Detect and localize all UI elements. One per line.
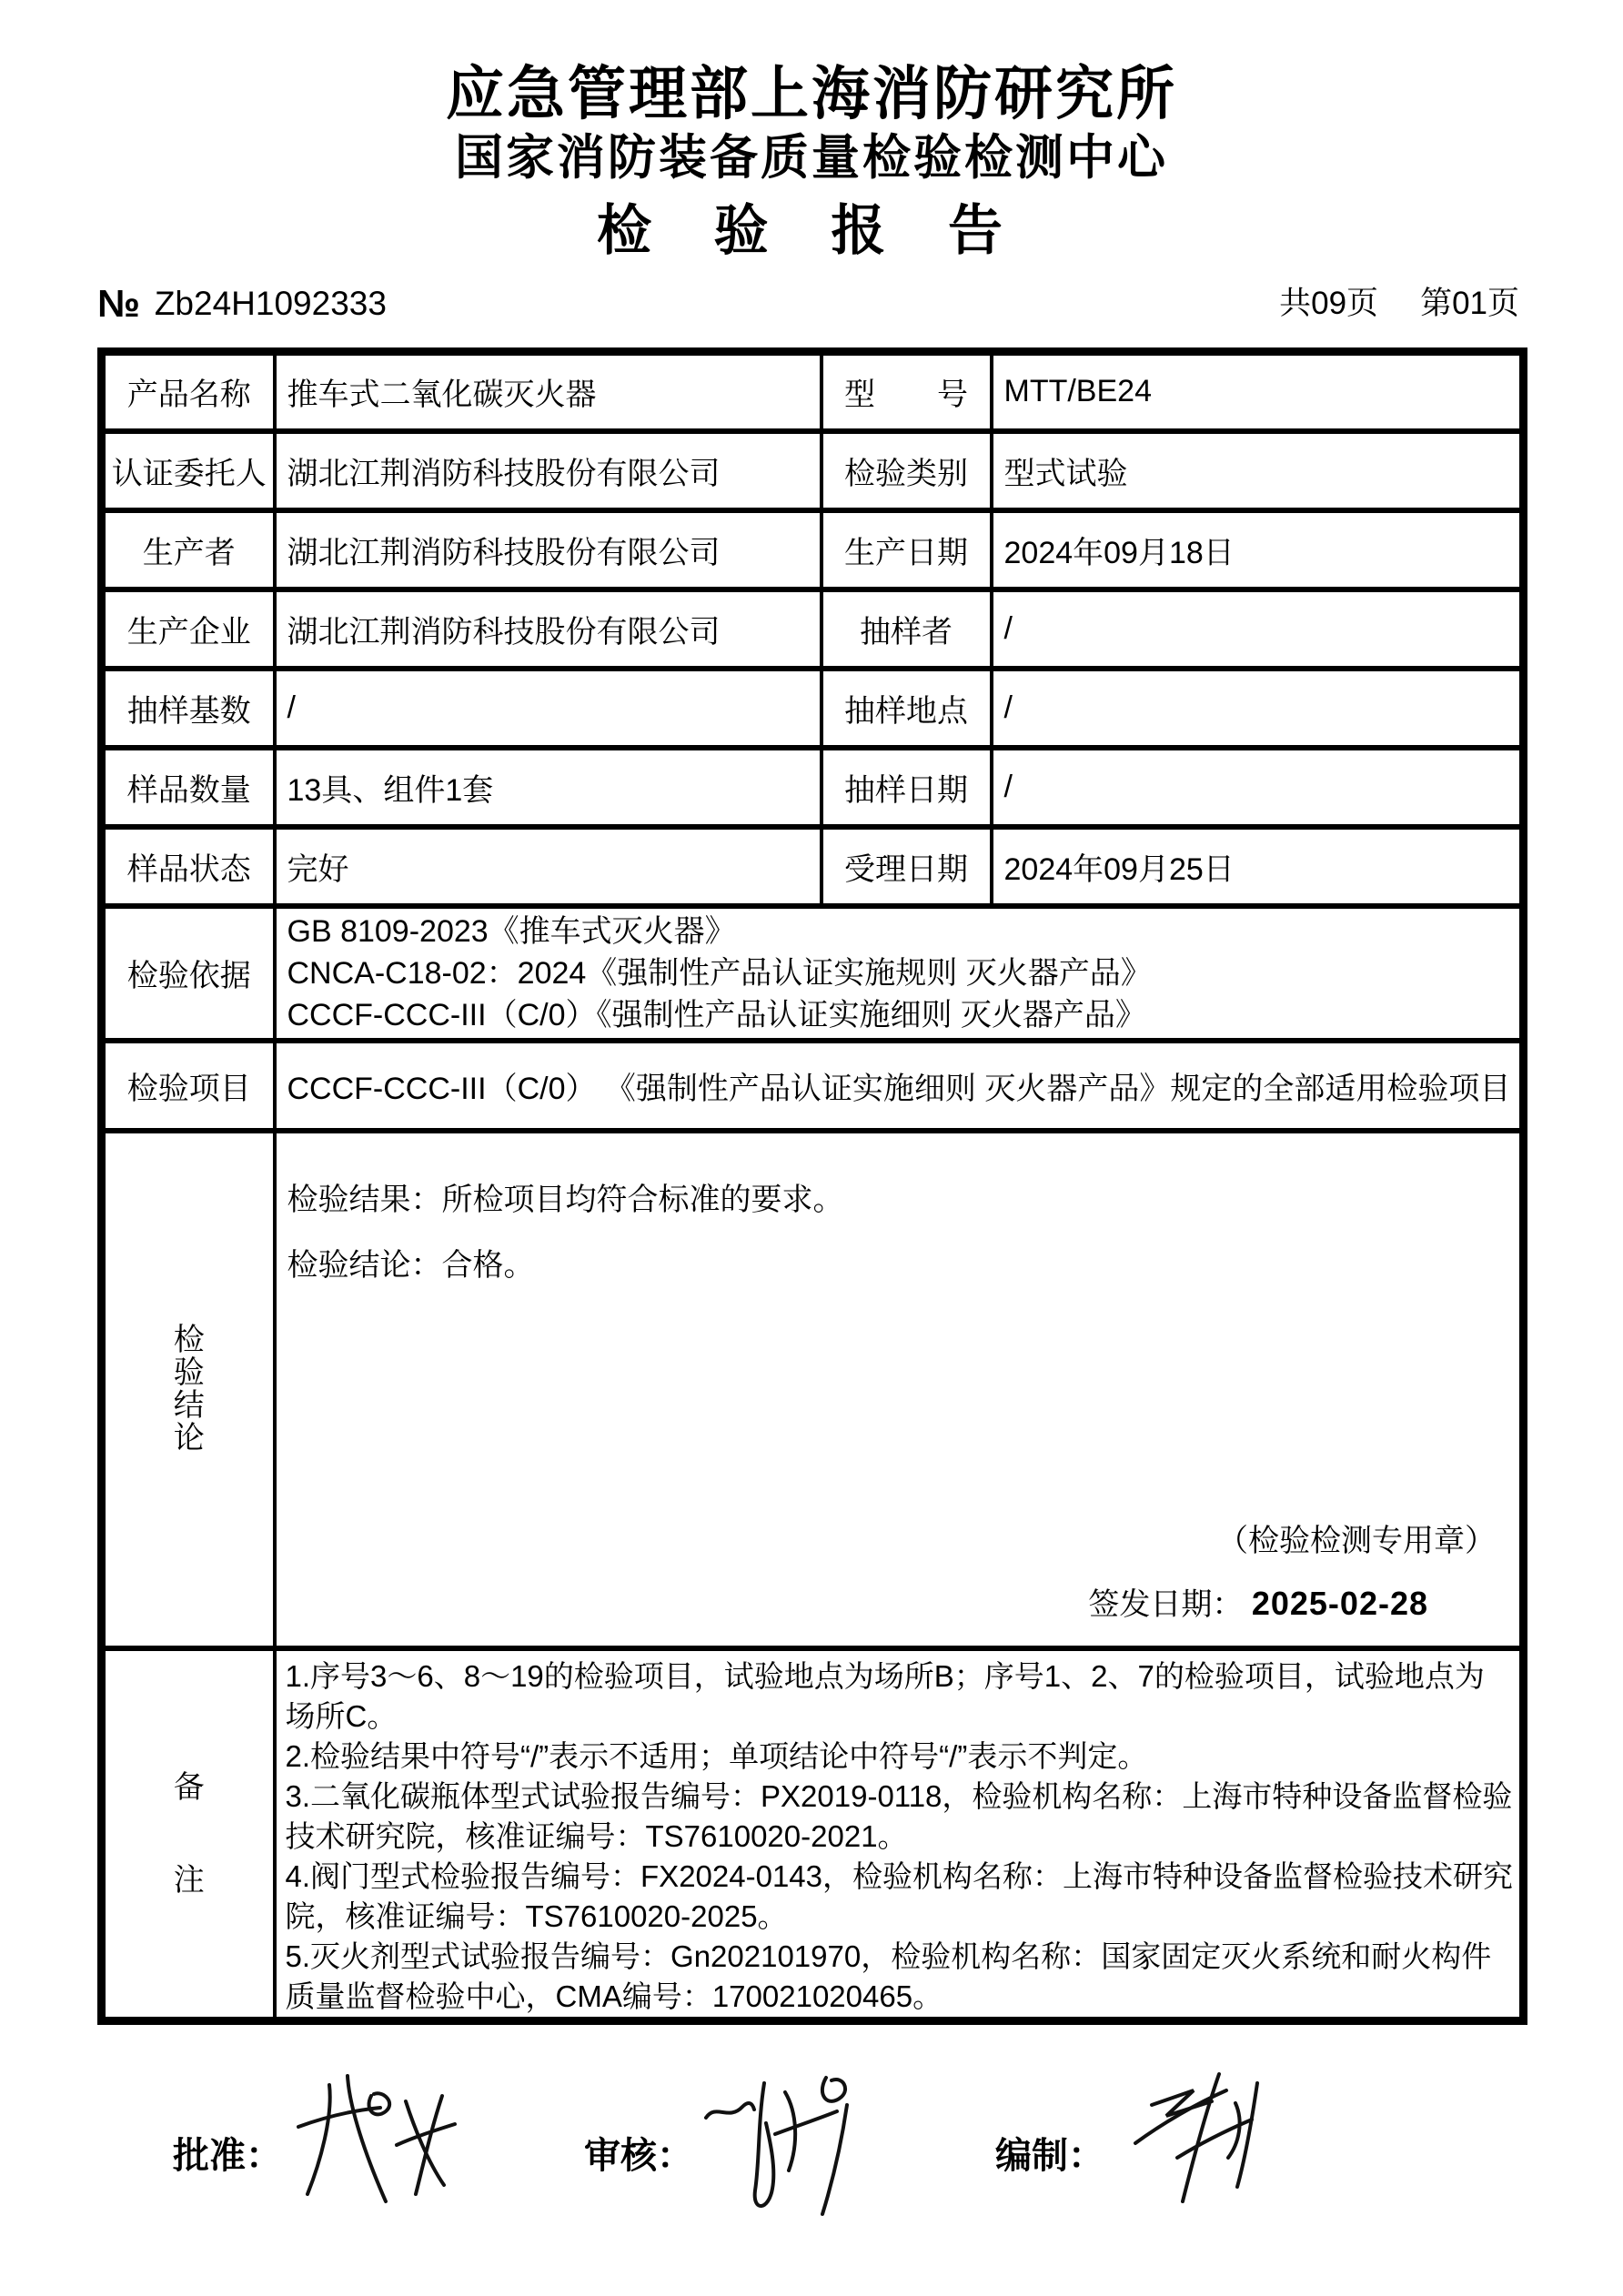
basis-line: CNCA-C18-02：2024《强制性产品认证实施规则 灭火器产品》 [287, 952, 1513, 994]
issue-date-line: 签发日期： 2025-02-28 [1088, 1583, 1519, 1626]
signature-footer: 批准： 审核： [173, 2058, 1623, 2249]
field-value-sampling-place: / [992, 669, 1524, 748]
conclusion-content: 检验结果：所检项目均符合标准的要求。 检验结论：合格。 （检验检测专用章） 签发… [275, 1131, 1524, 1648]
field-label-producer: 生产者 [102, 510, 275, 589]
field-value-applicant: 湖北江荆消防科技股份有限公司 [275, 431, 822, 510]
table-row: 样品状态 完好 受理日期 2024年09月25日 [102, 827, 1524, 906]
page-count-group: 共09页 第01页 [1279, 284, 1519, 324]
report-number-group: № Zb24H1092333 [97, 284, 387, 324]
inspection-basis-row: 检验依据 GB 8109-2023《推车式灭火器》 CNCA-C18-02：20… [102, 906, 1524, 1041]
field-label-applicant: 认证委托人 [102, 431, 275, 510]
remark-item: 3.二氧化碳瓶体型式试验报告编号：PX2019-0118，检验机构名称：上海市特… [286, 1777, 1515, 1857]
field-value-test-category: 型式试验 [992, 431, 1524, 510]
review-label: 审核： [584, 2127, 693, 2179]
field-value-acceptance-date: 2024年09月25日 [992, 827, 1524, 906]
org-name-line1: 应急管理部上海消防研究所 [0, 60, 1623, 127]
table-row: 认证委托人 湖北江荆消防科技股份有限公司 检验类别 型式试验 [102, 431, 1524, 510]
prepare-label: 编制： [995, 2127, 1104, 2179]
table-row: 生产企业 湖北江荆消防科技股份有限公司 抽样者 / [102, 589, 1524, 669]
conclusion-label-vertical: 检 验 结 论 [106, 1271, 273, 1507]
basis-line: CCCF-CCC-III（C/0）《强制性产品认证实施细则 灭火器产品》 [287, 994, 1513, 1036]
remarks-row: 备 注 1.序号3～6、8～19的检验项目，试验地点为场所B；序号1、2、7的检… [102, 1648, 1524, 2021]
remarks-label-char: 备 [174, 1771, 205, 1804]
remark-item: 5.灭火剂型式试验报告编号：Gn202101970，检验机构名称：国家固定灭火系… [286, 1937, 1515, 2017]
conclusion-label-char: 检 [174, 1324, 205, 1356]
field-label-sampling-date: 抽样日期 [822, 748, 992, 827]
field-value-production-date: 2024年09月18日 [992, 510, 1524, 589]
basis-line: GB 8109-2023《推车式灭火器》 [287, 911, 1513, 952]
conclusion-label-char: 验 [174, 1356, 205, 1389]
field-label-acceptance-date: 受理日期 [822, 827, 992, 906]
org-name-line2: 国家消防装备质量检验检测中心 [0, 129, 1623, 187]
field-label-sampling-place: 抽样地点 [822, 669, 992, 748]
current-page: 第01页 [1420, 284, 1519, 324]
approve-signature-group: 批准： [173, 2067, 584, 2240]
total-pages: 共09页 [1279, 284, 1378, 324]
field-label-manufacturer: 生产企业 [102, 589, 275, 669]
field-value-sampling-date: / [992, 748, 1524, 827]
conclusion-label-char: 论 [174, 1422, 205, 1455]
field-value-producer: 湖北江荆消防科技股份有限公司 [275, 510, 822, 589]
field-value-product-name: 推车式二氧化碳灭火器 [275, 352, 822, 431]
field-label-production-date: 生产日期 [822, 510, 992, 589]
field-value-model: MTT/BE24 [992, 352, 1524, 431]
field-value-sample-condition: 完好 [275, 827, 822, 906]
reviewer-signature [699, 2067, 890, 2240]
preparer-signature [1110, 2067, 1301, 2240]
field-label-sample-condition: 样品状态 [102, 827, 275, 906]
table-row: 抽样基数 / 抽样地点 / [102, 669, 1524, 748]
table-row: 样品数量 13具、组件1套 抽样日期 / [102, 748, 1524, 827]
inspection-items-label: 检验项目 [102, 1041, 275, 1131]
field-label-sample-quantity: 样品数量 [102, 748, 275, 827]
remark-item: 1.序号3～6、8～19的检验项目，试验地点为场所B；序号1、2、7的检验项目，… [286, 1657, 1515, 1737]
remarks-label-char: 注 [174, 1864, 205, 1897]
table-row: 产品名称 推车式二氧化碳灭火器 型 号 MTT/BE24 [102, 352, 1524, 431]
field-label-sampling-base: 抽样基数 [102, 669, 275, 748]
conclusion-inner: 检验结果：所检项目均符合标准的要求。 检验结论：合格。 （检验检测专用章） 签发… [277, 1133, 1520, 1646]
field-value-manufacturer: 湖北江荆消防科技股份有限公司 [275, 589, 822, 669]
field-label-sampler: 抽样者 [822, 589, 992, 669]
issue-date-value: 2025-02-28 [1252, 1585, 1428, 1622]
field-value-sampling-base: / [275, 669, 822, 748]
conclusion-spacer [287, 1284, 1520, 1521]
remarks-label-vertical: 备 注 [106, 1771, 273, 1897]
approver-signature [287, 2067, 479, 2240]
field-label-product-name: 产品名称 [102, 352, 275, 431]
inspection-items-content: CCCF-CCC-III（C/0） 《强制性产品认证实施细则 灭火器产品》规定的… [275, 1041, 1524, 1131]
inspection-basis-label: 检验依据 [102, 906, 275, 1041]
remarks-content: 1.序号3～6、8～19的检验项目，试验地点为场所B；序号1、2、7的检验项目，… [275, 1648, 1524, 2021]
report-table: 产品名称 推车式二氧化碳灭火器 型 号 MTT/BE24 认证委托人 湖北江荆消… [97, 347, 1527, 2025]
remark-item: 4.阀门型式检验报告编号：FX2024-0143，检验机构名称：上海市特种设备监… [286, 1857, 1515, 1937]
seal-note: （检验检测专用章） [1217, 1521, 1519, 1561]
inspection-report-page: 应急管理部上海消防研究所 国家消防装备质量检验检测中心 检 验 报 告 № Zb… [0, 0, 1623, 2296]
report-header: 应急管理部上海消防研究所 国家消防装备质量检验检测中心 检 验 报 告 [0, 60, 1623, 264]
review-signature-group: 审核： [584, 2067, 995, 2240]
issue-date-label: 签发日期： [1088, 1587, 1243, 1622]
remark-item: 2.检验结果中符号“/”表示不适用；单项结论中符号“/”表示不判定。 [286, 1737, 1515, 1777]
field-label-model: 型 号 [822, 352, 992, 431]
prepare-signature-group: 编制： [995, 2067, 1406, 2240]
field-value-sampler: / [992, 589, 1524, 669]
numero-symbol: № [97, 284, 140, 324]
inspection-items-row: 检验项目 CCCF-CCC-III（C/0） 《强制性产品认证实施细则 灭火器产… [102, 1041, 1524, 1131]
inspection-conclusion-line: 检验结论：合格。 [287, 1246, 1520, 1284]
conclusion-row: 检 验 结 论 检验结果：所检项目均符合标准的要求。 检验结论：合格。 （检验检… [102, 1131, 1524, 1648]
report-number: Zb24H1092333 [155, 284, 387, 324]
inspection-result-line: 检验结果：所检项目均符合标准的要求。 [287, 1181, 1520, 1219]
conclusion-label-char: 结 [174, 1389, 205, 1422]
report-title: 检 验 报 告 [0, 198, 1623, 264]
table-row: 生产者 湖北江荆消防科技股份有限公司 生产日期 2024年09月18日 [102, 510, 1524, 589]
inspection-basis-content: GB 8109-2023《推车式灭火器》 CNCA-C18-02：2024《强制… [275, 906, 1524, 1041]
field-label-test-category: 检验类别 [822, 431, 992, 510]
remarks-label: 备 注 [102, 1648, 275, 2021]
field-value-sample-quantity: 13具、组件1套 [275, 748, 822, 827]
conclusion-label: 检 验 结 论 [102, 1131, 275, 1648]
report-meta-line: № Zb24H1092333 共09页 第01页 [97, 284, 1519, 324]
approve-label: 批准： [173, 2127, 282, 2179]
